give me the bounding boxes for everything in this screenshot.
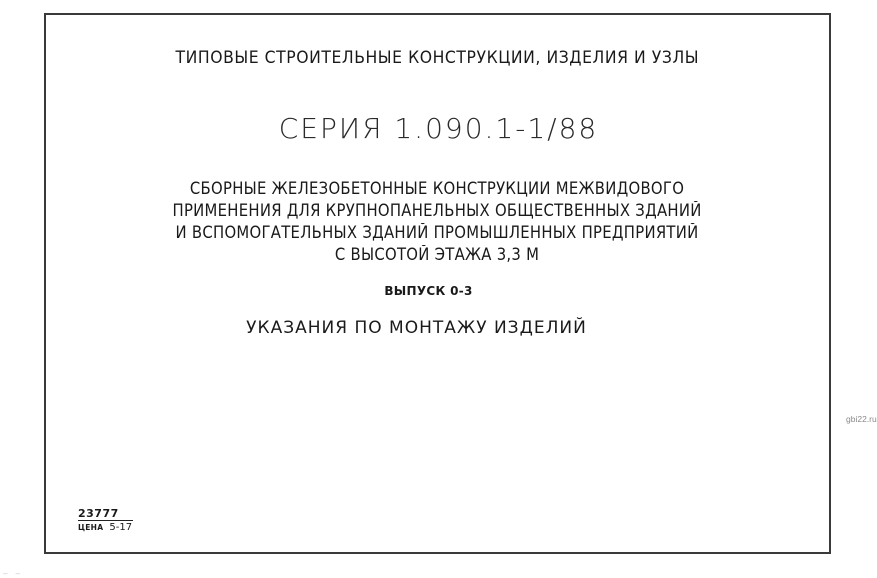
subtitle-line: ПРИМЕНЕНИЯ ДЛЯ КРУПНОПАНЕЛЬНЫХ ОБЩЕСТВЕН… [42,200,831,222]
issue-label: ВЫПУСК 0-3 [0,284,867,298]
price-value: 5-17 [109,522,132,533]
series-title: СЕРИЯ 1.090.1-1/88 [0,112,877,145]
document-title: УКАЗАНИЯ ПО МОНТАЖУ ИЗДЕЛИЙ [0,318,855,338]
subtitle-line: И ВСПОМОГАТЕЛЬНЫХ ЗДАНИЙ ПРОМЫШЛЕННЫХ ПР… [42,222,831,244]
document-header: ТИПОВЫЕ СТРОИТЕЛЬНЫЕ КОНСТРУКЦИИ, ИЗДЕЛИ… [34,48,841,68]
footer-marks: – – [3,569,23,578]
subtitle-line: С ВЫСОТОЙ ЭТАЖА 3,3 М [42,244,831,266]
catalog-code-block: 23777 ЦЕНА5-17 [78,502,133,533]
subtitle-line: СБОРНЫЕ ЖЕЛЕЗОБЕТОННЫЕ КОНСТРУКЦИИ МЕЖВИ… [42,178,831,200]
watermark: gbi22.ru [846,414,877,424]
subtitle-block: СБОРНЫЕ ЖЕЛЕЗОБЕТОННЫЕ КОНСТРУКЦИИ МЕЖВИ… [0,178,877,266]
price-label: ЦЕНА [78,523,103,532]
price-row: ЦЕНА5-17 [78,522,133,533]
catalog-number: 23777 [78,507,133,521]
